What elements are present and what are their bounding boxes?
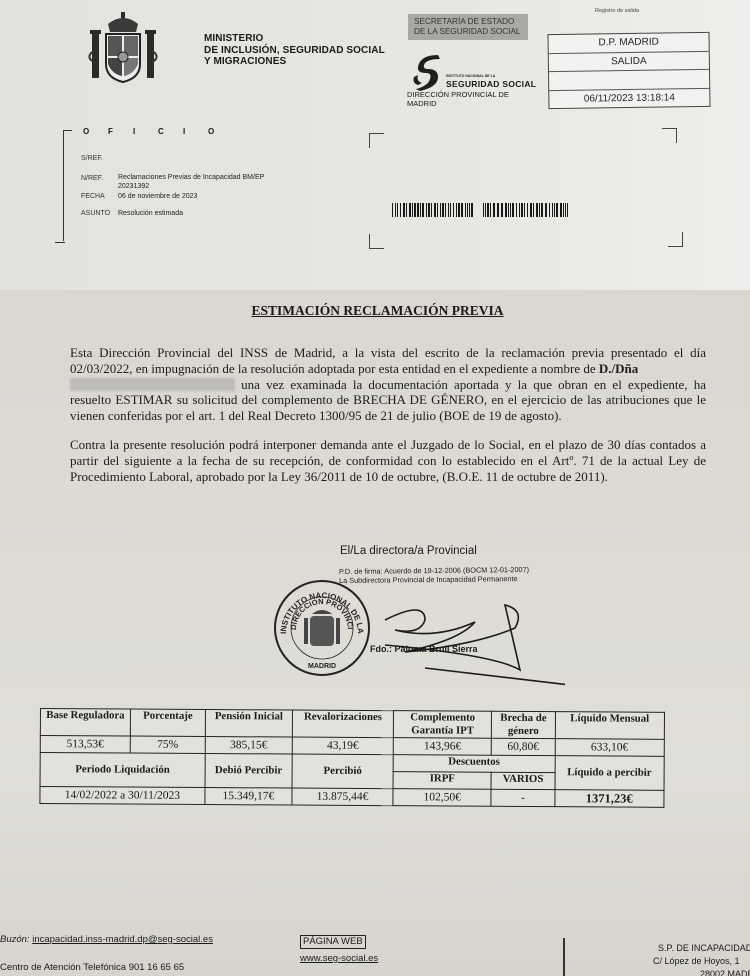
secretaria-line-1: SECRETARÍA DE ESTADO [414,17,522,27]
signature-title: El/La directora/a Provincial [340,545,477,557]
value-liquido-percibir: 1371,23€ [555,790,664,808]
oficio-letter: I [183,127,208,136]
header-liquido-mensual: Líquido Mensual [555,712,665,740]
nref-value: Reclamaciones Previas de Incapacidad BM/… [118,174,264,181]
header-percibio: Percibió [292,754,393,789]
header-periodo: Periodo Liquidación [40,753,205,788]
header-varios: VARIOS [491,772,554,789]
oficio-letter: C [158,127,183,136]
header-base-reguladora: Base Reguladora [40,709,130,737]
fecha-value: 06 de noviembre de 2023 [118,193,197,200]
header-porcentaje: Porcentaje [130,709,205,736]
header-debio-percibir: Debió Percibir [205,754,292,789]
value-complemento-ipt: 143,96€ [393,738,491,756]
nref-number: 20231392 [118,183,149,190]
ministry-line-3: Y MIGRACIONES [204,56,385,68]
oficio-bracket-foot [55,238,65,243]
secretaria-box: SECRETARÍA DE ESTADO DE LA SEGURIDAD SOC… [408,14,528,40]
footer-buzon: Buzón: incapacidad.inss-madrid.dp@seg-so… [0,934,213,945]
header-brecha-genero: Brecha de género [492,711,555,738]
ministry-line-2: DE INCLUSIÓN, SEGURIDAD SOCIAL [204,45,385,57]
address-line-3: 28002 MADRID [700,969,750,976]
official-stamp-icon: INSTITUTO NACIONAL DE LA SEGURIDAD SOCIA… [272,578,372,678]
asunto-label: ASUNTO [81,210,110,217]
window-corner-br [668,232,683,247]
nref-label: N/REF. [81,175,103,182]
signed-by: Fdo.: Paloma Bruil Sierra [370,644,478,654]
asunto-value: Resolución estimada [118,210,183,217]
value-periodo: 14/02/2022 a 30/11/2023 [40,787,205,805]
inss-name: SEGURIDAD SOCIAL [446,79,536,89]
table-row: 14/02/2022 a 30/11/2023 15.349,17€ 13.87… [40,787,664,808]
header-pension-inicial: Pensión Inicial [205,710,292,738]
coat-of-arms-icon [88,12,158,84]
fecha-label: FECHA [81,193,105,200]
web-label: PÁGINA WEB [300,935,366,949]
document-title-text: ESTIMACIÓN RECLAMACIÓN PREVIA [251,303,503,318]
value-brecha-genero: 60,80€ [492,738,555,755]
header-descuentos: Descuentos [393,755,555,773]
value-percibio: 13.875,44€ [292,788,393,806]
footer-divider [563,938,565,976]
registro-datetime: 06/11/2023 13:18:14 [549,88,709,108]
sref-label: S/REF. [81,155,103,162]
oficio-bracket [63,130,72,241]
direccion-line-2: MADRID [407,100,509,109]
value-revalorizaciones: 43,19€ [292,737,393,755]
inss-subtitle: INSTITUTO NACIONAL DE LA [446,74,495,78]
value-liquido-mensual: 633,10€ [555,739,664,757]
buzon-label: Buzón: [0,934,32,945]
registro-number [549,70,709,91]
value-pension-inicial: 385,15€ [205,737,292,755]
oficio-letter: I [133,127,158,136]
value-porcentaje: 75% [130,736,205,753]
resolution-paragraph: Esta Dirección Provincial del INSS de Ma… [70,345,706,424]
registro-label: Registro de salida [595,8,639,14]
header-complemento-ipt: Complemento Garantía IPT [393,711,491,739]
ministry-name: MINISTERIO DE INCLUSIÓN, SEGURIDAD SOCIA… [204,33,385,68]
value-irpf: 102,50€ [393,789,491,807]
table-row: Base Reguladora Porcentaje Pensión Inici… [40,709,664,740]
header-irpf: IRPF [393,772,491,790]
oficio-letter: F [108,127,133,136]
value-varios: - [491,789,554,806]
header-liquido-percibir: Líquido a percibir [555,756,665,791]
inss-logo-icon [412,53,442,91]
oficio-letter: O [83,127,108,136]
direccion-provincial: DIRECCIÓN PROVINCIAL DE MADRID [407,91,509,108]
para1-bold: D./Dña [599,361,638,376]
buzon-email-link[interactable]: incapacidad.inss-madrid.dp@seg-social.es [32,934,213,945]
value-base-reguladora: 513,53€ [40,736,130,754]
registro-office: D.P. MADRID [548,33,708,54]
registro-stamp: D.P. MADRID SALIDA 06/11/2023 13:18:14 [547,32,710,109]
window-corner-tr [662,128,677,143]
address-line-1: S.P. DE INCAPACIDAD [658,943,750,953]
oficio-letter: O [208,127,233,136]
address-line-2: C/ López de Hoyos, 1 [653,956,740,966]
oficio-title: OFICIO [83,127,233,136]
window-corner-tl [369,133,384,148]
ministry-line-1: MINISTERIO [204,33,385,45]
stamp-city: MADRID [308,663,336,670]
footer-phone: Centro de Atención Telefónica 901 16 65 … [0,962,184,973]
window-corner-bl [369,234,384,249]
document-title: ESTIMACIÓN RECLAMACIÓN PREVIA [0,303,750,319]
web-url-link[interactable]: www.seg-social.es [300,953,378,964]
secretaria-line-2: DE LA SEGURIDAD SOCIAL [414,27,522,37]
registro-type: SALIDA [549,51,709,72]
liquidation-table: Base Reguladora Porcentaje Pensión Inici… [39,708,665,808]
table-row: Periodo Liquidación Debió Percibir Perci… [40,753,664,774]
handwritten-signature [365,590,565,690]
value-debio-percibir: 15.349,17€ [205,788,292,806]
appeal-paragraph: Contra la presente resolución podrá inte… [70,437,706,484]
header-revalorizaciones: Revalorizaciones [292,710,393,738]
barcode [392,203,570,217]
redacted-name [70,378,235,391]
